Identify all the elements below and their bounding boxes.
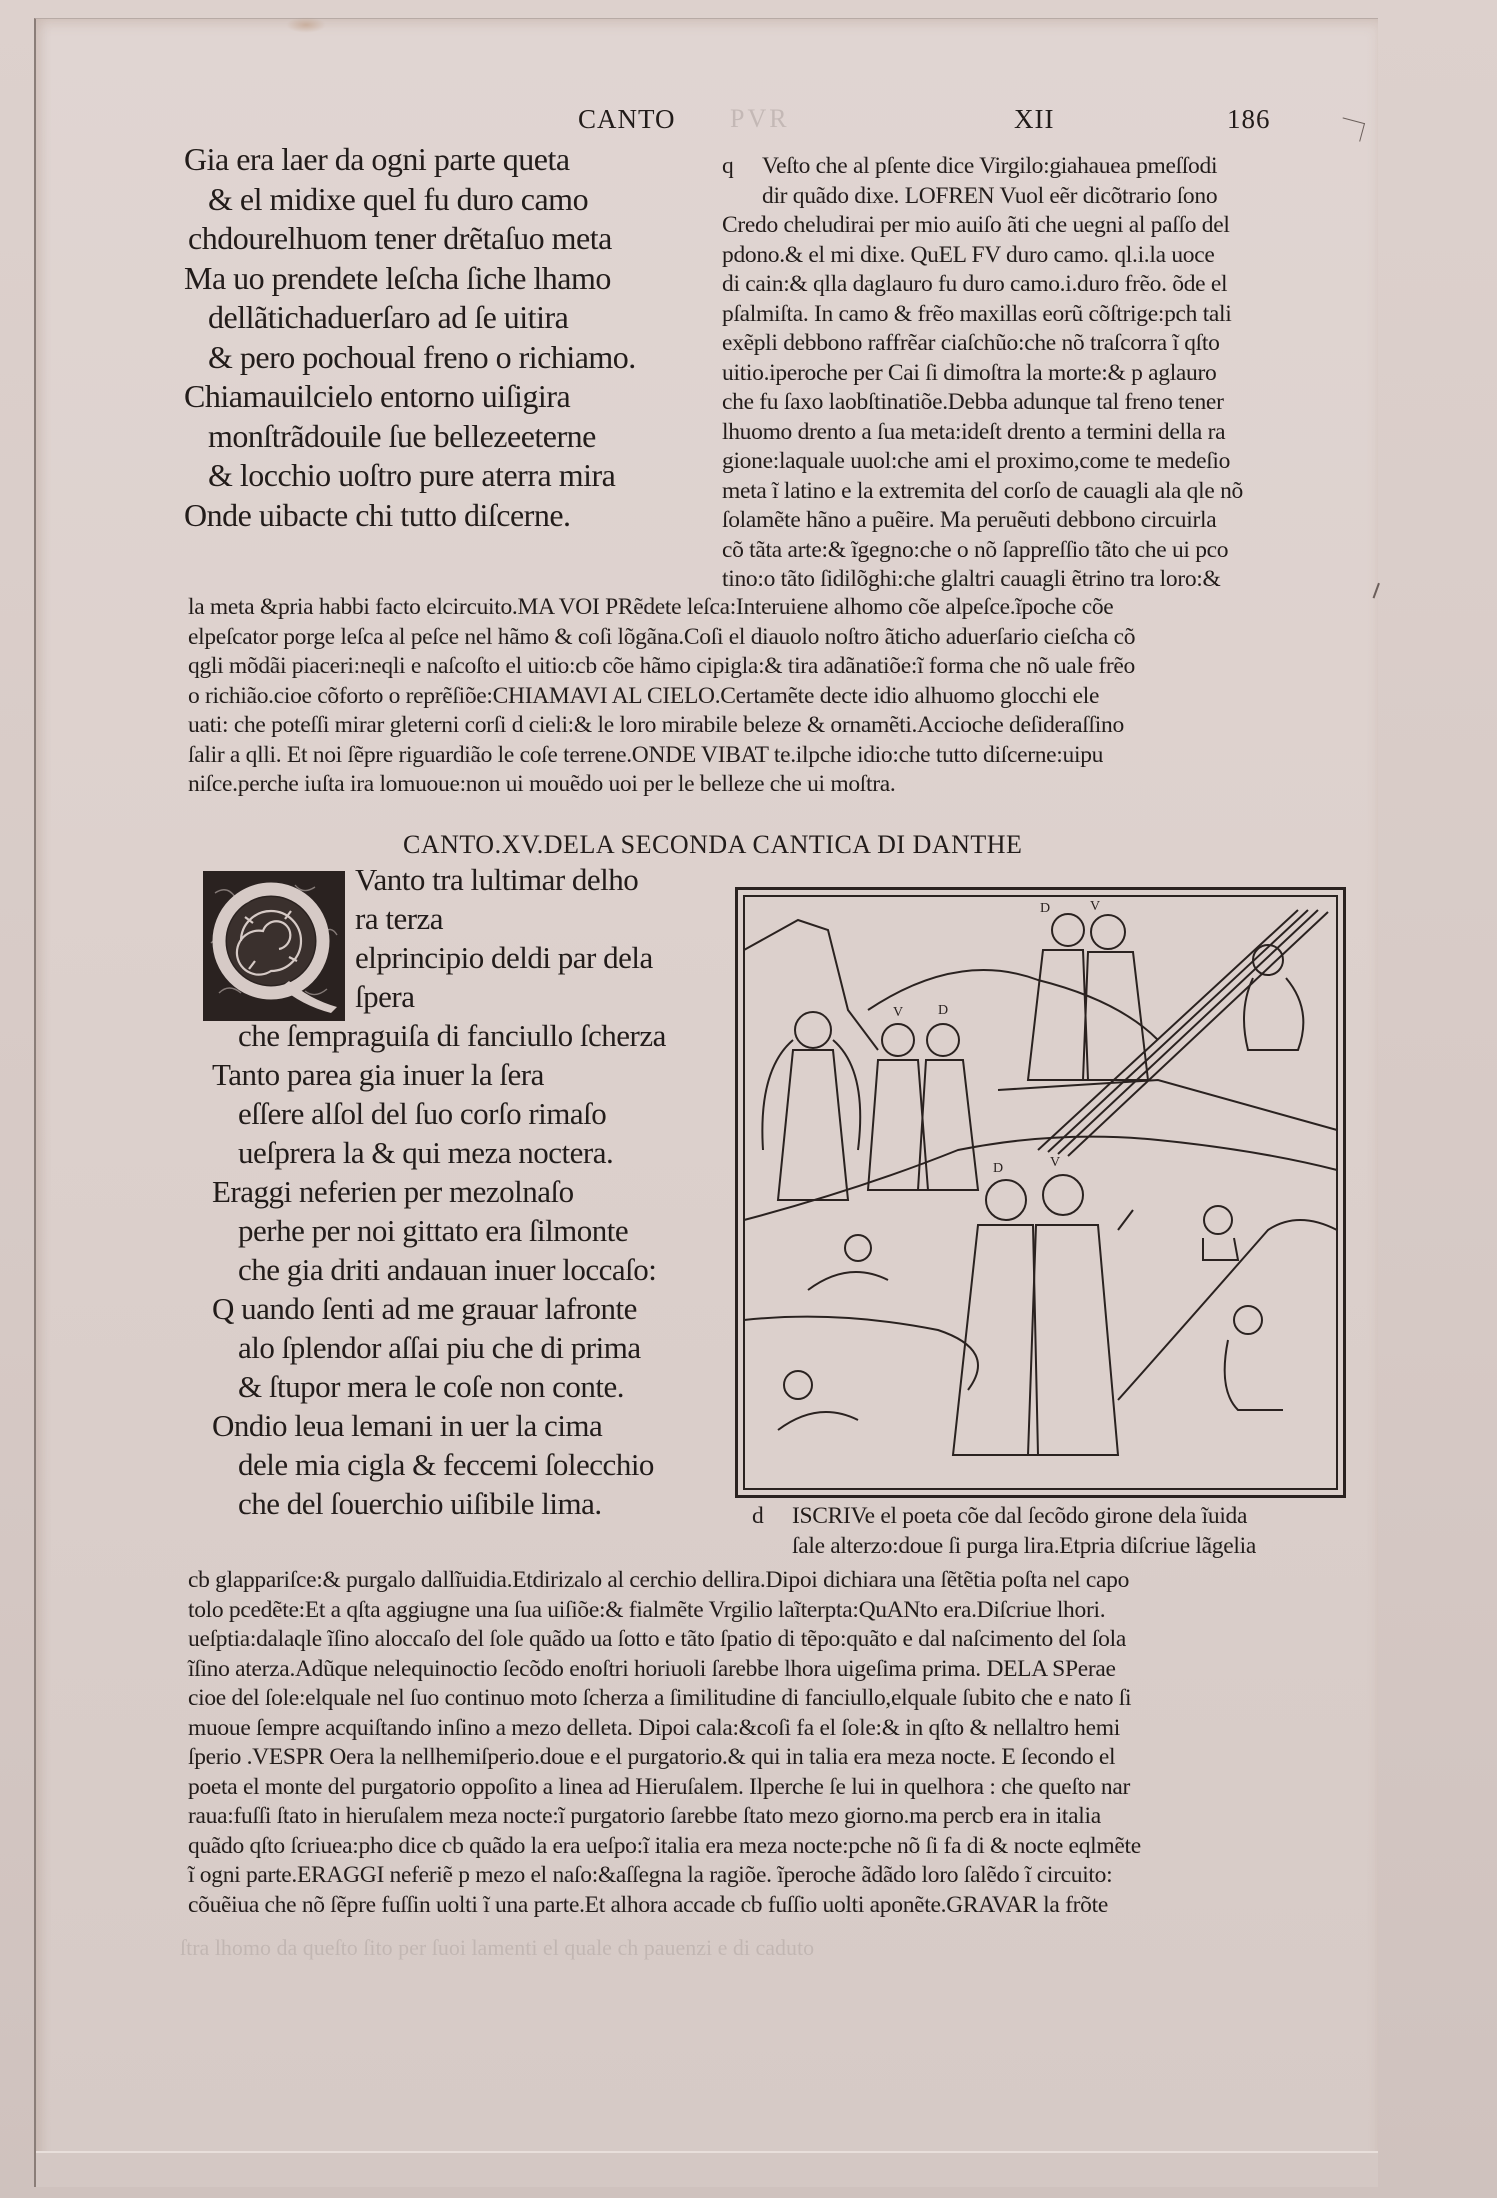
verse-line: perhe per noi gittato era ſilmonte (212, 1211, 666, 1250)
running-head-canto: CANTO (578, 104, 676, 135)
verse-line: che del ſouerchio uiſibile lima. (212, 1484, 666, 1523)
commentary-line: o richião.cioe cõforto o reprẽſiõe:CHIAM… (188, 682, 1135, 712)
commentary-line: muoue ſempre acquiſtando inſino a mezo d… (188, 1714, 1141, 1744)
verse-line: chdourelhuom tener drẽtaſuo meta (184, 219, 636, 259)
commentary-line: di cain:& qlla daglauro fu duro camo.i.d… (722, 270, 1243, 300)
commentary-line: cõuẽiua che nõ ſẽpre fuſſin uolti ĩ una … (188, 1891, 1141, 1921)
woodcut-scene-icon: DV VD DV (738, 890, 1343, 1495)
commentary-line: uitio.iperoche per Cai ſi dimoſtra la mo… (722, 359, 1243, 389)
commentary-line: qgli mõdãi piaceri:neqli e naſcoſto el u… (188, 652, 1135, 682)
verse-line: eſſere alſol del ſuo corſo rimaſo (212, 1094, 666, 1133)
folio-number: 186 (1227, 104, 1271, 135)
show-through-text: ſtra lhomo da queſto ſito per ſuoi lamen… (180, 1935, 814, 1961)
verse-line: alo ſplendor aſſai piu che di prima (212, 1328, 666, 1367)
verse-line: elprincipio deldi par dela (212, 938, 666, 977)
commentary-line: lhuomo drento a ſua meta:ideſt drento a … (722, 418, 1243, 448)
verse-line: & ſtupor mera le coſe non conte. (212, 1367, 666, 1406)
commentary-line: Credo cheludirai per mio auiſo ãti che u… (722, 211, 1243, 241)
commentary-line: che fu ſaxo laobſtinatiõe.Debba adunque … (722, 388, 1243, 418)
verse-line: Chiamauilcielo entorno uiſigira (184, 377, 636, 417)
commentary-line: gione:laquale uuol:che ami el proximo,co… (722, 447, 1243, 477)
commentary-line: la meta &pria habbi facto elcircuito.MA … (188, 593, 1135, 623)
figure-label: D (938, 1003, 948, 1018)
verse-block-canto-xv: Vanto tra lultimar delho ra terza elprin… (212, 860, 666, 1523)
guide-letter: d (752, 1502, 792, 1532)
commentary-line: raua:fuſſi ſtato in hieruſalem meza noct… (188, 1802, 1141, 1832)
commentary-line: pſalmiſta. In camo & frẽo maxillas eorũ … (722, 300, 1243, 330)
running-head-number: XII (1014, 104, 1054, 135)
verse-line: monſtrãdouile ſue bellezeeterne (184, 417, 636, 457)
commentary-line: niſce.perche iuſta ira lomuoue:non ui mo… (188, 770, 1135, 800)
verse-line: Ondio leua lemani in uer la cima (212, 1406, 666, 1445)
chapter-title: CANTO.XV.DELA SECONDA CANTICA DI DANTHE (403, 830, 1022, 860)
commentary-line: cõ tãta arte:& ĩgegno:che o nõ ſappreſſi… (722, 536, 1243, 566)
verse-line: & el midixe quel fu duro camo (184, 180, 636, 220)
commentary-full-width-1: la meta &pria habbi facto elcircuito.MA … (188, 593, 1135, 800)
commentary-line: ſalir a qlli. Et noi ſẽpre riguardião le… (188, 741, 1135, 771)
commentary-line: tolo pcedẽte:Et a qſta aggiugne una ſua … (188, 1596, 1141, 1626)
commentary-line: ISCRIVe el poeta cõe dal ſecõdo girone d… (792, 1503, 1247, 1529)
verse-line: Vanto tra lultimar delho (212, 860, 666, 899)
commentary-line: poeta el monte del purgatorio oppoſito a… (188, 1773, 1141, 1803)
guide-letter: q (722, 152, 762, 182)
commentary-line: ſperio .VESPR Oera la nellhemiſperio.dou… (188, 1743, 1141, 1773)
figure-label: V (1050, 1155, 1060, 1170)
figure-label: V (1090, 899, 1100, 914)
verse-line: che gia driti andauan inuer loccaſo: (212, 1250, 666, 1289)
commentary-line: Veſto che al pſente dice Virgilo:giahaue… (762, 153, 1217, 179)
figure-label: V (893, 1005, 903, 1020)
verse-line: ra terza (212, 899, 666, 938)
commentary-column-top: qVeſto che al pſente dice Virgilo:giahau… (722, 152, 1243, 595)
commentary-line: uati: che poteſſi mirar gleterni corſi d… (188, 711, 1135, 741)
commentary-line: meta ĩ latino e la extremita del corſo d… (722, 477, 1243, 507)
verse-line: Ma uo prendete leſcha ſiche lhamo (184, 259, 636, 299)
verse-line: Gia era laer da ogni parte queta (184, 140, 636, 180)
foxing-stain (286, 17, 326, 33)
verse-line: & locchio uoſtro pure aterra mira (184, 456, 636, 496)
verse-line: che ſempraguiſa di fanciullo ſcherza (212, 1016, 666, 1055)
verse-block-top: Gia era laer da ogni parte queta & el mi… (184, 140, 636, 535)
commentary-line: cioe del ſole:elquale nel ſuo continuo m… (188, 1684, 1141, 1714)
commentary-line: ſale alterzo:doue ſi purga lira.Etpria d… (752, 1532, 1256, 1562)
commentary-line: ĩſino aterza.Adũque nelequinoctio ſecõdo… (188, 1655, 1141, 1685)
verse-line: dele mia cigla & feccemi ſolecchio (212, 1445, 666, 1484)
verse-line: Tanto parea gia inuer la ſera (212, 1055, 666, 1094)
verse-line: ſpera (212, 977, 666, 1016)
commentary-line: cb glappariſce:& purgalo dallĩuidia.Etdi… (188, 1566, 1141, 1596)
commentary-line: ueſptia:dalaqle ĩſino aloccaſo del ſole … (188, 1625, 1141, 1655)
verse-line: Onde uibacte chi tutto diſcerne. (184, 496, 636, 536)
figure-label: D (1040, 901, 1050, 916)
commentary-line: ſolamẽte hãno a puẽire. Ma peruẽuti debb… (722, 506, 1243, 536)
commentary-line: quãdo qſto ſcriuea:pho dice cb quãdo la … (188, 1832, 1141, 1862)
verse-line: ueſprera la & qui meza noctera. (212, 1133, 666, 1172)
commentary-line: dir quãdo dixe. LOFREN Vuol eẽr dicõtrar… (722, 182, 1243, 212)
commentary-line: tino:o tãto ſidilõghi:che glaltri cauagl… (722, 565, 1243, 595)
commentary-line: elpeſcator porge leſca al peſce nel hãmo… (188, 623, 1135, 653)
woodcut-illustration: DV VD DV (735, 887, 1346, 1498)
verse-line: & pero pochoual freno o richiamo. (184, 338, 636, 378)
verse-line: dellãtichaduerſaro ad ſe uitira (184, 298, 636, 338)
verse-line: Eraggi neferien per mezolnaſo (212, 1172, 666, 1211)
figure-label: D (993, 1161, 1003, 1176)
commentary-line: pdono.& el mi dixe. QuEL FV duro camo. q… (722, 241, 1243, 271)
commentary-full-width-2: cb glappariſce:& purgalo dallĩuidia.Etdi… (188, 1566, 1141, 1920)
show-through-text: PVR (730, 104, 790, 134)
commentary-line: exẽpli debbono raffrẽar ciaſchũo:che nõ … (722, 329, 1243, 359)
commentary-line: ĩ ogni parte.ERAGGI neferiẽ p mezo el na… (188, 1861, 1141, 1891)
commentary-head-bottom: dISCRIVe el poeta cõe dal ſecõdo girone … (752, 1502, 1256, 1561)
verse-line: Q uando ſenti ad me grauar lafronte (212, 1289, 666, 1328)
